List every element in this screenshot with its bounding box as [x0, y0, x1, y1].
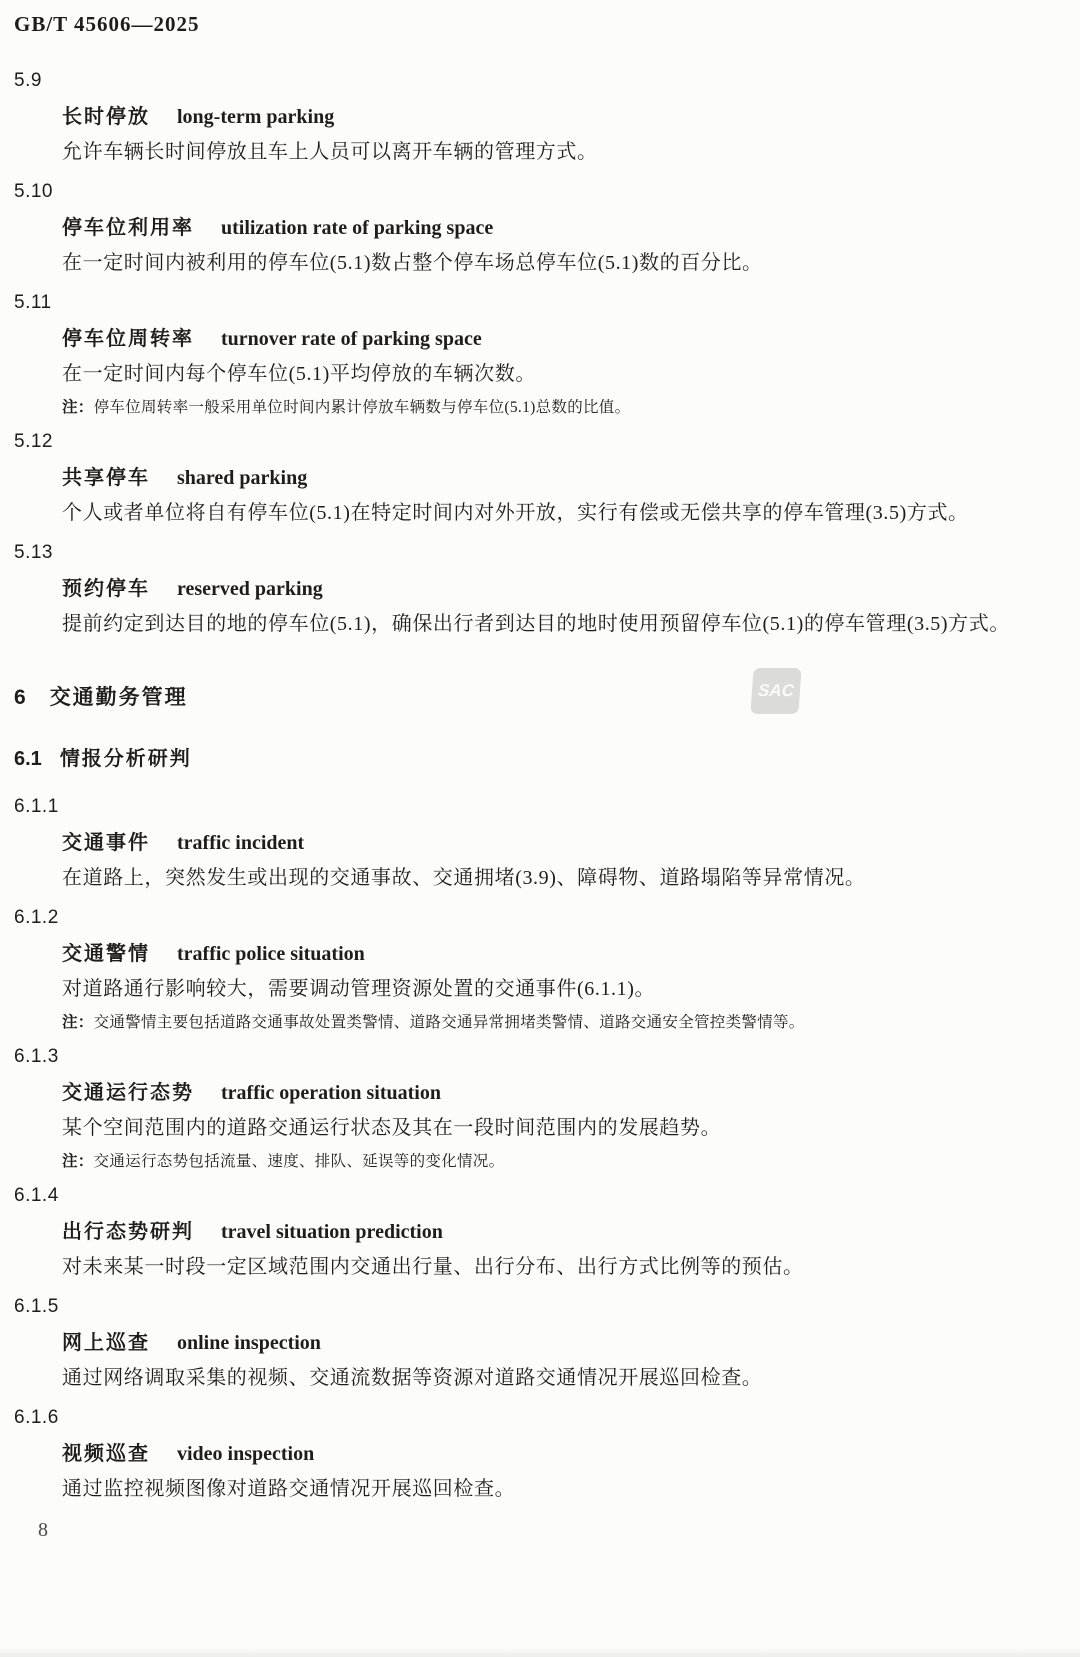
term-definition: 对未来某一时段一定区域范围内交通出行量、出行分布、出行方式比例等的预估。 [14, 1250, 1016, 1284]
clause-number: 5.9 [14, 70, 1016, 92]
term-line: 出行态势研判 travel situation prediction [62, 1220, 1016, 1244]
clause-number: 5.13 [14, 542, 1016, 564]
term-chinese: 停车位周转率 [62, 328, 194, 350]
clause-number: 6.1.6 [14, 1407, 1016, 1429]
term-chinese: 预约停车 [62, 578, 150, 600]
term-english: reserved parking [177, 578, 323, 600]
term-definition: 通过网络调取采集的视频、交通流数据等资源对道路交通情况开展巡回检查。 [14, 1361, 1016, 1395]
standard-document-page: GB/T 45606—2025 5.9 长时停放 long-term parki… [0, 0, 1080, 1506]
term-english: turnover rate of parking space [221, 328, 482, 350]
term-definition: 对道路通行影响较大，需要调动管理资源处置的交通事件(6.1.1)。 [14, 972, 1016, 1006]
subchapter-6-1-heading: 6.1情报分析研判 [14, 747, 1016, 771]
term-entry-6-1-5: 6.1.5 网上巡查 online inspection 通过网络调取采集的视频… [14, 1296, 1016, 1395]
term-chinese: 视频巡查 [62, 1443, 150, 1465]
term-line: 视频巡查 video inspection [62, 1442, 1016, 1466]
chapter-title: 交通勤务管理 [50, 686, 188, 709]
term-english: traffic incident [177, 832, 304, 854]
term-definition: 允许车辆长时间停放且车上人员可以离开车辆的管理方式。 [14, 135, 1016, 169]
term-entry-6-1-1: 6.1.1 交通事件 traffic incident 在道路上，突然发生或出现… [14, 796, 1016, 895]
document-code: GB/T 45606—2025 [14, 12, 1016, 36]
subchapter-title: 情报分析研判 [60, 748, 192, 770]
note-label: 注： [62, 1014, 94, 1031]
term-chinese: 交通事件 [62, 832, 150, 854]
term-english: travel situation prediction [221, 1221, 443, 1243]
term-entry-5-13: 5.13 预约停车 reserved parking 提前约定到达目的地的停车位… [14, 542, 1016, 641]
term-entry-6-1-2: 6.1.2 交通警情 traffic police situation 对道路通… [14, 907, 1016, 1034]
note-text: 交通警情主要包括道路交通事故处置类警情、道路交通异常拥堵类警情、道路交通安全管控… [94, 1014, 805, 1031]
subchapter-number: 6.1 [14, 748, 42, 770]
term-note: 注：交通警情主要包括道路交通事故处置类警情、道路交通异常拥堵类警情、道路交通安全… [62, 1012, 1016, 1034]
term-english: utilization rate of parking space [221, 217, 493, 239]
term-line: 交通警情 traffic police situation [62, 942, 1016, 966]
note-label: 注： [62, 1153, 94, 1170]
clause-number: 6.1.1 [14, 796, 1016, 818]
page-number: 8 [38, 1518, 48, 1542]
term-line: 网上巡查 online inspection [62, 1331, 1016, 1355]
term-definition: 在一定时间内每个停车位(5.1)平均停放的车辆次数。 [14, 357, 1016, 391]
section-5-entries: 5.9 长时停放 long-term parking 允许车辆长时间停放且车上人… [14, 70, 1016, 641]
term-line: 交通事件 traffic incident [62, 831, 1016, 855]
term-line: 停车位利用率 utilization rate of parking space [62, 216, 1016, 240]
term-line: 共享停车 shared parking [62, 466, 1016, 490]
term-line: 预约停车 reserved parking [62, 577, 1016, 601]
term-chinese: 停车位利用率 [62, 217, 194, 239]
clause-number: 5.10 [14, 181, 1016, 203]
term-english: shared parking [177, 467, 307, 489]
term-chinese: 长时停放 [62, 106, 150, 128]
term-chinese: 共享停车 [62, 467, 150, 489]
term-entry-6-1-3: 6.1.3 交通运行态势 traffic operation situation… [14, 1046, 1016, 1173]
sac-watermark-logo: SAC [750, 668, 801, 714]
term-definition: 在道路上，突然发生或出现的交通事故、交通拥堵(3.9)、障碍物、道路塌陷等异常情… [14, 861, 1016, 895]
term-definition: 在一定时间内被利用的停车位(5.1)数占整个停车场总停车位(5.1)数的百分比。 [14, 246, 1016, 280]
term-entry-5-12: 5.12 共享停车 shared parking 个人或者单位将自有停车位(5.… [14, 431, 1016, 530]
term-english: video inspection [177, 1443, 314, 1465]
note-text: 停车位周转率一般采用单位时间内累计停放车辆数与停车位(5.1)总数的比值。 [94, 399, 631, 416]
clause-number: 6.1.4 [14, 1185, 1016, 1207]
term-entry-5-10: 5.10 停车位利用率 utilization rate of parking … [14, 181, 1016, 280]
clause-number: 5.11 [14, 292, 1016, 314]
term-definition: 通过监控视频图像对道路交通情况开展巡回检查。 [14, 1472, 1016, 1506]
term-english: traffic operation situation [221, 1082, 441, 1104]
note-label: 注： [62, 399, 94, 416]
clause-number: 6.1.3 [14, 1046, 1016, 1068]
term-line: 长时停放 long-term parking [62, 105, 1016, 129]
term-note: 注：交通运行态势包括流量、速度、排队、延误等的变化情况。 [62, 1151, 1016, 1173]
scan-edge-shadow [0, 1647, 1080, 1657]
term-english: traffic police situation [177, 943, 365, 965]
term-chinese: 出行态势研判 [62, 1221, 194, 1243]
section-6-1-entries: 6.1.1 交通事件 traffic incident 在道路上，突然发生或出现… [14, 796, 1016, 1506]
term-line: 交通运行态势 traffic operation situation [62, 1081, 1016, 1105]
term-definition: 提前约定到达目的地的停车位(5.1)，确保出行者到达目的地时使用预留停车位(5.… [14, 607, 1016, 641]
term-english: long-term parking [177, 106, 334, 128]
clause-number: 6.1.2 [14, 907, 1016, 929]
term-line: 停车位周转率 turnover rate of parking space [62, 327, 1016, 351]
clause-number: 6.1.5 [14, 1296, 1016, 1318]
term-entry-5-11: 5.11 停车位周转率 turnover rate of parking spa… [14, 292, 1016, 419]
term-definition: 个人或者单位将自有停车位(5.1)在特定时间内对外开放，实行有偿或无偿共享的停车… [14, 496, 1016, 530]
chapter-number: 6 [14, 686, 26, 709]
term-note: 注：停车位周转率一般采用单位时间内累计停放车辆数与停车位(5.1)总数的比值。 [62, 397, 1016, 419]
term-entry-6-1-6: 6.1.6 视频巡查 video inspection 通过监控视频图像对道路交… [14, 1407, 1016, 1506]
note-text: 交通运行态势包括流量、速度、排队、延误等的变化情况。 [94, 1153, 505, 1170]
clause-number: 5.12 [14, 431, 1016, 453]
term-chinese: 交通运行态势 [62, 1082, 194, 1104]
term-definition: 某个空间范围内的道路交通运行状态及其在一段时间范围内的发展趋势。 [14, 1111, 1016, 1145]
term-chinese: 网上巡查 [62, 1332, 150, 1354]
term-entry-6-1-4: 6.1.4 出行态势研判 travel situation prediction… [14, 1185, 1016, 1284]
term-entry-5-9: 5.9 长时停放 long-term parking 允许车辆长时间停放且车上人… [14, 70, 1016, 169]
term-english: online inspection [177, 1332, 321, 1354]
term-chinese: 交通警情 [62, 943, 150, 965]
chapter-6-heading: 6交通勤务管理 [14, 685, 1016, 711]
